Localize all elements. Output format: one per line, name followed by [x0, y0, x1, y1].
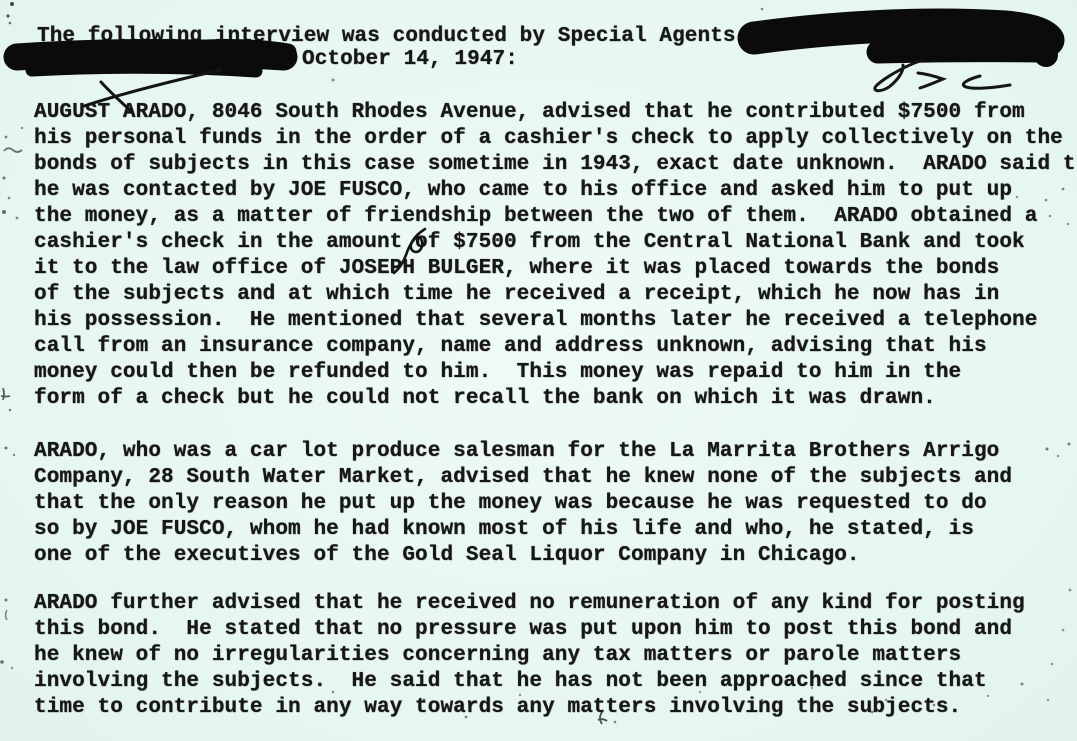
body-paragraph-3: ARADO further advised that he received n…: [34, 591, 1025, 721]
handwritten-exemption-b7c-note: [875, 61, 1010, 91]
interview-date-line: October 14, 1947:: [302, 47, 518, 73]
body-paragraph-2: ARADO, who was a car lot produce salesma…: [34, 439, 1012, 569]
scanned-document-page: The following interview was conducted by…: [0, 0, 1077, 741]
body-paragraph-1: AUGUST ARADO, 8046 South Rhodes Avenue, …: [34, 100, 1076, 412]
redaction-bar-line2: [17, 48, 288, 71]
redaction-bar-agent-names: [754, 25, 1048, 55]
